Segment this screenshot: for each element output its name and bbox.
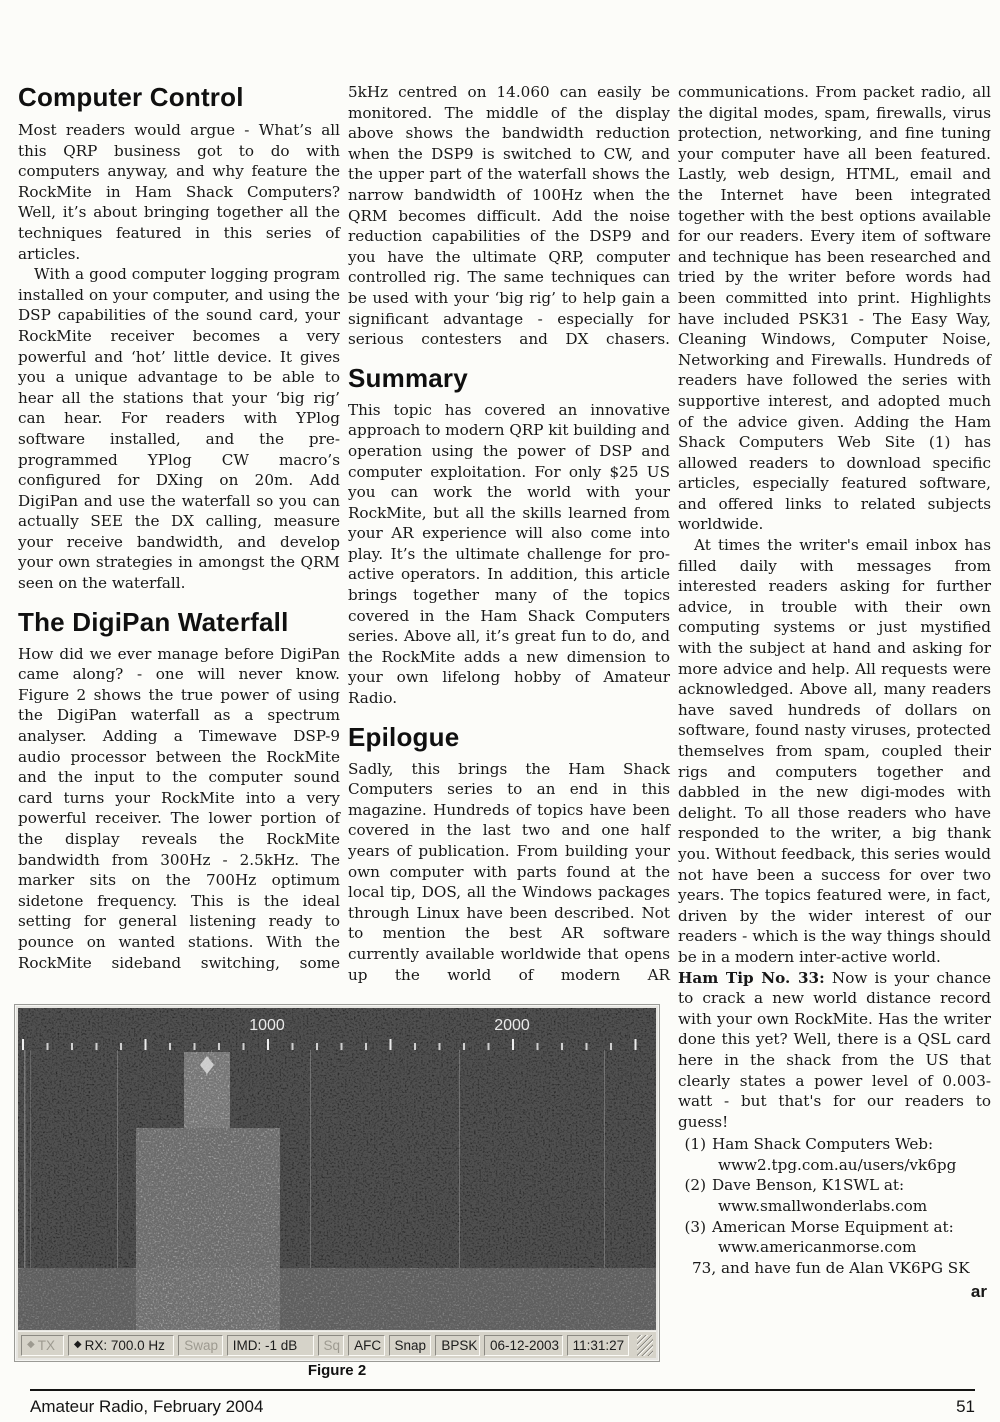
heading-computer-control: Computer Control bbox=[18, 82, 340, 112]
waterfall-graphic: 1000 2000 bbox=[18, 1008, 656, 1330]
date-indicator: 06-12-2003 bbox=[484, 1335, 563, 1356]
ruler-label-2000: 2000 bbox=[494, 1017, 530, 1034]
ruler-label-1000: 1000 bbox=[249, 1017, 285, 1034]
ref-url: www.smallwonderlabs.com bbox=[718, 1196, 991, 1217]
signal-band-wide bbox=[18, 1268, 656, 1330]
list-item: www.americanmorse.com bbox=[678, 1237, 991, 1258]
diamond-icon: ◆ bbox=[74, 1340, 82, 1350]
digipan-status-bar: ◆ TX ◆ RX: 700.0 Hz Swap IMD: -1 dB Sq A… bbox=[18, 1331, 656, 1358]
end-of-article-mark: ar bbox=[678, 1282, 991, 1303]
paragraph: Most readers would argue - What’s all th… bbox=[18, 120, 340, 264]
magazine-page: Computer Control Most readers would argu… bbox=[0, 0, 1000, 1422]
figure-2-waterfall-window: 1000 2000 bbox=[14, 1004, 660, 1362]
paragraph: With a good computer logging program ins… bbox=[18, 264, 340, 594]
signal-band-narrow bbox=[184, 1052, 230, 1128]
squelch-button[interactable]: Sq bbox=[318, 1335, 345, 1356]
resize-grip-icon[interactable] bbox=[637, 1335, 653, 1356]
ham-tip-label: Ham Tip No. 33: bbox=[678, 969, 825, 987]
mode-indicator-bpsk[interactable]: BPSK bbox=[435, 1335, 480, 1356]
signoff-line: 73, and have fun de Alan VK6PG SK bbox=[678, 1258, 991, 1279]
ref-url: www2.tpg.com.au/users/vk6pg bbox=[718, 1155, 991, 1176]
list-item: www2.tpg.com.au/users/vk6pg bbox=[678, 1155, 991, 1176]
time-indicator: 11:31:27 bbox=[567, 1335, 629, 1356]
footer-page-number: 51 bbox=[956, 1397, 975, 1417]
tx-button[interactable]: ◆ TX bbox=[21, 1335, 64, 1356]
ham-tip-text: Now is your chance to crack a new world … bbox=[678, 969, 991, 1131]
ref-label: American Morse Equipment at: bbox=[712, 1217, 991, 1238]
paragraph: This topic has covered an innovative app… bbox=[348, 400, 670, 709]
signal-band-cw bbox=[136, 1128, 280, 1268]
paragraph: Sadly, this brings the Ham Shack Compute… bbox=[348, 759, 670, 986]
imd-indicator[interactable]: IMD: -1 dB bbox=[227, 1335, 314, 1356]
reference-list: (1) Ham Shack Computers Web: www2.tpg.co… bbox=[678, 1134, 991, 1258]
afc-button[interactable]: AFC bbox=[348, 1335, 384, 1356]
paragraph: communications. From packet radio, all t… bbox=[678, 82, 991, 535]
paragraph-ham-tip: Ham Tip No. 33: Now is your chance to cr… bbox=[678, 968, 991, 1133]
ref-label: Dave Benson, K1SWL at: bbox=[712, 1175, 991, 1196]
heading-digipan-waterfall: The DigiPan Waterfall bbox=[18, 607, 340, 637]
ref-url: www.americanmorse.com bbox=[718, 1237, 991, 1258]
list-item: (2) Dave Benson, K1SWL at: bbox=[678, 1175, 991, 1196]
heading-summary: Summary bbox=[348, 363, 670, 393]
paragraph: How did we ever manage before DigiPan ca… bbox=[18, 644, 340, 974]
swap-button[interactable]: Swap bbox=[178, 1335, 223, 1356]
ref-number: (2) bbox=[678, 1175, 712, 1196]
list-item: www.smallwonderlabs.com bbox=[678, 1196, 991, 1217]
column-right: communications. From packet radio, all t… bbox=[678, 82, 991, 1303]
list-item: (3) American Morse Equipment at: bbox=[678, 1217, 991, 1238]
diamond-icon: ◆ bbox=[27, 1340, 35, 1350]
ref-number: (1) bbox=[678, 1134, 712, 1155]
column-middle: 5kHz centred on 14.060 can easily be mon… bbox=[348, 82, 670, 985]
rx-frequency-indicator[interactable]: ◆ RX: 700.0 Hz bbox=[68, 1335, 174, 1356]
snap-button[interactable]: Snap bbox=[389, 1335, 432, 1356]
footer-divider bbox=[30, 1389, 975, 1391]
figure-caption: Figure 2 bbox=[14, 1362, 660, 1379]
list-item: (1) Ham Shack Computers Web: bbox=[678, 1134, 991, 1155]
ref-number: (3) bbox=[678, 1217, 712, 1238]
waterfall-display: 1000 2000 bbox=[18, 1008, 656, 1330]
paragraph: 5kHz centred on 14.060 can easily be mon… bbox=[348, 82, 670, 350]
footer-journal-title: Amateur Radio, February 2004 bbox=[30, 1397, 263, 1417]
column-left: Computer Control Most readers would argu… bbox=[18, 82, 340, 973]
paragraph: At times the writer's email inbox has fi… bbox=[678, 535, 991, 967]
ref-label: Ham Shack Computers Web: bbox=[712, 1134, 991, 1155]
heading-epilogue: Epilogue bbox=[348, 722, 670, 752]
